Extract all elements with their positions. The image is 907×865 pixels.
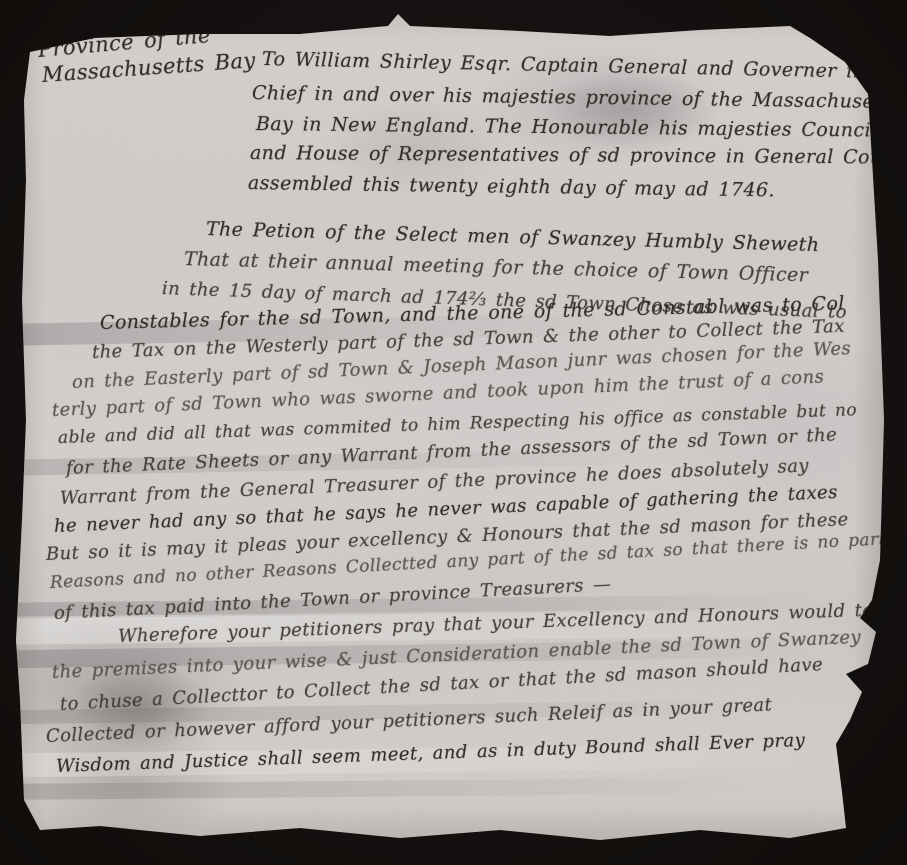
handwriting-line: To William Shirley Esqr. Captain General…: [262, 48, 866, 83]
handwriting-line: and House of Representatives of sd provi…: [250, 142, 900, 169]
handwriting-line: assembled this twenty eighth day of may …: [248, 172, 775, 201]
handwriting-line: Bay in New England. The Honourable his m…: [256, 113, 878, 142]
handwriting-line: Chief in and over his majesties province…: [252, 82, 890, 113]
document-scan: Province of the Massachusetts Bay To Wil…: [0, 0, 907, 865]
crease-streak: [0, 776, 907, 800]
handwriting-line: That at their annual meeting for the cho…: [184, 248, 809, 286]
paper-sheet: Province of the Massachusetts Bay To Wil…: [0, 0, 907, 865]
